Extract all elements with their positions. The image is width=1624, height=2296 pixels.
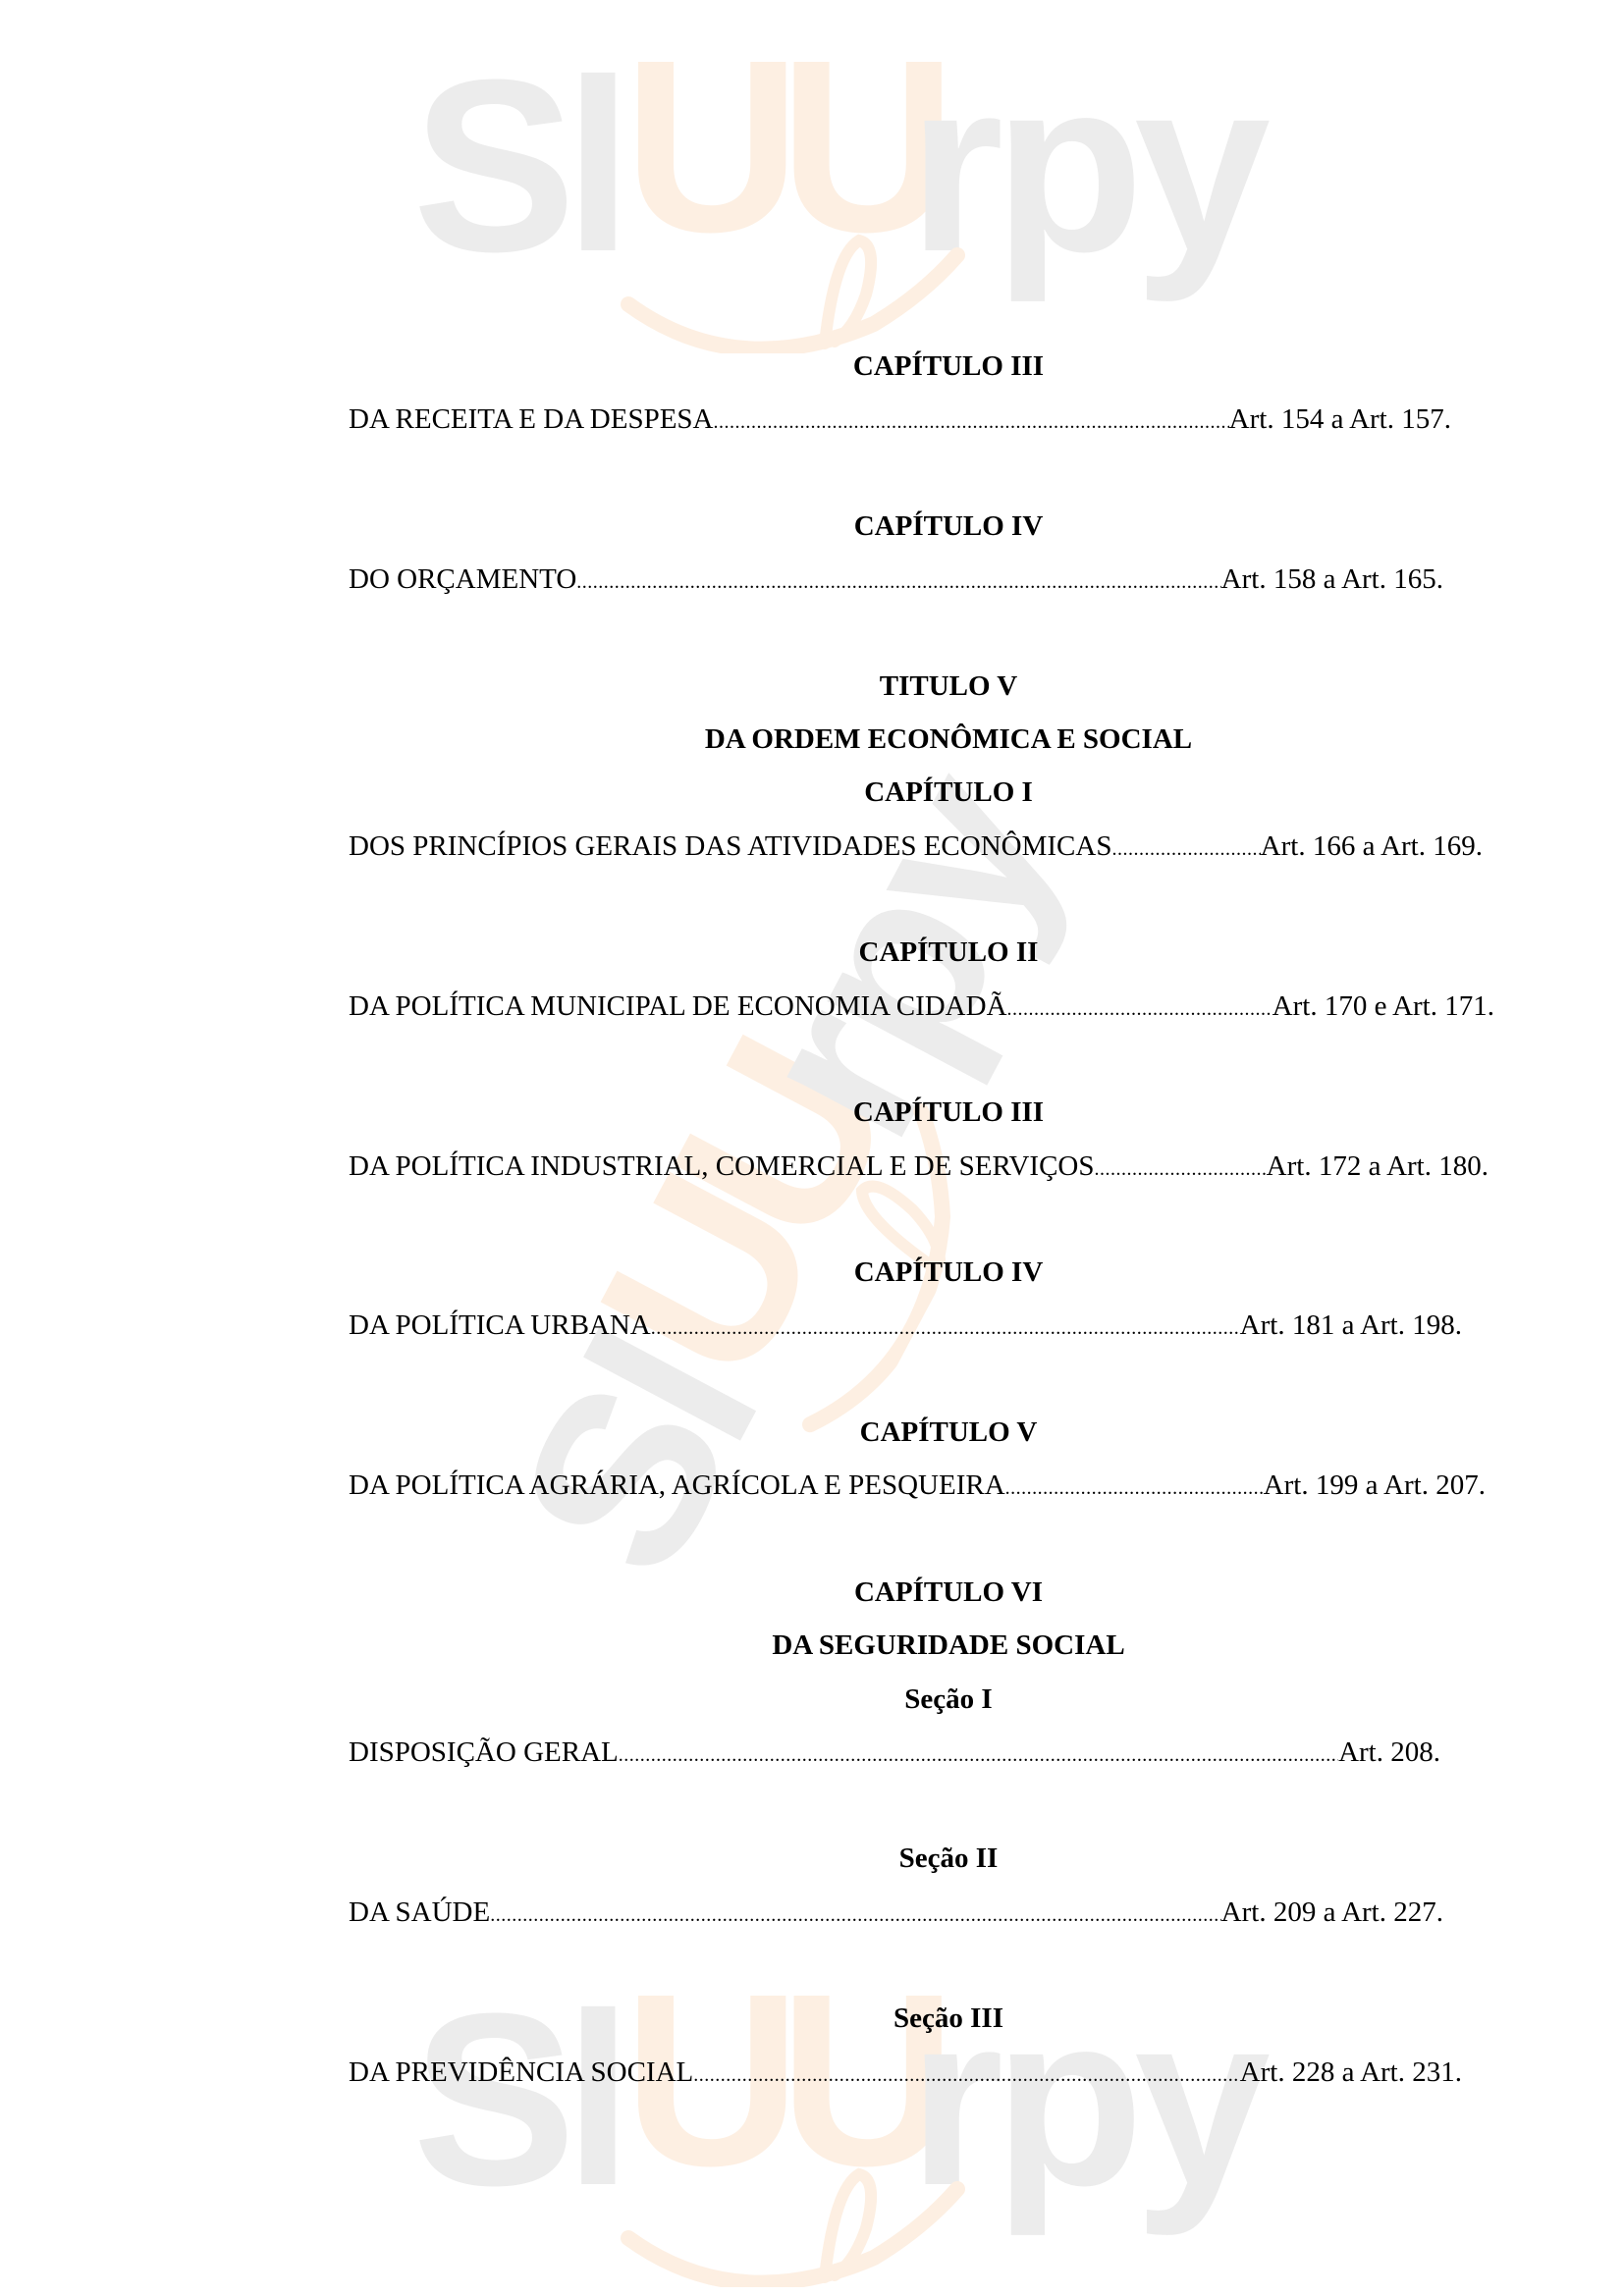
dot-leader [1111,823,1260,873]
toc-entry-title: DA PREVIDÊNCIA SOCIAL [349,2046,693,2099]
toc-entry-article-range: Art. 166 a Art. 169. [1261,820,1483,873]
dot-leader [1005,1462,1264,1512]
toc-entry: DA POLÍTICA INDUSTRIAL, COMERCIAL E DE S… [349,1140,1489,1193]
section-heading: DA SEGURIDADE SOCIAL [556,1619,1341,1672]
toc-entry-title: DISPOSIÇÃO GERAL [349,1726,619,1779]
section-heading: CAPÍTULO IV [556,500,1341,553]
svg-text:UU: UU [623,59,943,283]
section-heading: DA ORDEM ECONÔMICA E SOCIAL [556,713,1341,766]
toc-entry-title: DA POLÍTICA URBANA [349,1299,651,1352]
toc-entry-title: DA POLÍTICA AGRÁRIA, AGRÍCOLA E PESQUEIR… [349,1459,1005,1512]
section-heading: CAPÍTULO I [556,766,1341,819]
toc-entry: DA POLÍTICA URBANAArt. 181 a Art. 198. [349,1299,1462,1352]
section-heading: Seção III [556,1992,1341,2045]
toc-entry: DA POLÍTICA MUNICIPAL DE ECONOMIA CIDADÃ… [349,980,1494,1033]
svg-text:Sl: Sl [412,59,621,302]
dot-leader [651,1302,1240,1352]
dot-leader [1007,983,1272,1033]
toc-entry-title: DA POLÍTICA MUNICIPAL DE ECONOMIA CIDADÃ [349,980,1007,1033]
section-heading: CAPÍTULO III [556,1086,1341,1139]
toc-entry-article-range: Art. 154 a Art. 157. [1229,393,1451,446]
toc-entry-title: DA SAÚDE [349,1886,490,1939]
dot-leader [1094,1143,1266,1193]
toc-entry-title: DOS PRINCÍPIOS GERAIS DAS ATIVIDADES ECO… [349,820,1111,873]
section-heading: Seção I [556,1673,1341,1726]
toc-entry-article-range: Art. 208. [1338,1726,1440,1779]
dot-leader [619,1729,1338,1779]
toc-entry: DA RECEITA E DA DESPESAArt. 154 a Art. 1… [349,393,1451,446]
toc-entry-article-range: Art. 199 a Art. 207. [1264,1459,1486,1512]
dot-leader [714,396,1229,446]
section-heading: Seção II [556,1832,1341,1885]
svg-text:UU: UU [547,1009,939,1419]
toc-entry-article-range: Art. 228 a Art. 231. [1240,2046,1462,2099]
toc-entry: DA SAÚDEArt. 209 a Art. 227. [349,1886,1443,1939]
toc-entry: DA PREVIDÊNCIA SOCIALArt. 228 a Art. 231… [349,2046,1462,2099]
section-heading: CAPÍTULO III [556,340,1341,393]
toc-entry: DISPOSIÇÃO GERALArt. 208. [349,1726,1440,1779]
watermark-logo-top: Sl UU rpy [412,59,1276,353]
dot-leader [490,1889,1220,1939]
section-heading: CAPÍTULO VI [556,1566,1341,1619]
svg-text:rpy: rpy [908,59,1270,302]
toc-entry-title: DA RECEITA E DA DESPESA [349,393,714,446]
toc-entry-article-range: Art. 209 a Art. 227. [1221,1886,1443,1939]
toc-entry: DO ORÇAMENTOArt. 158 a Art. 165. [349,553,1443,606]
toc-entry: DOS PRINCÍPIOS GERAIS DAS ATIVIDADES ECO… [349,820,1483,873]
dot-leader [693,2049,1239,2099]
toc-entry-article-range: Art. 172 a Art. 180. [1267,1140,1489,1193]
section-heading: CAPÍTULO V [556,1406,1341,1459]
toc-entry-article-range: Art. 158 a Art. 165. [1221,553,1443,606]
section-heading: TITULO V [556,660,1341,713]
section-heading: CAPÍTULO II [556,926,1341,979]
toc-entry-title: DO ORÇAMENTO [349,553,576,606]
dot-leader [576,556,1220,606]
toc-entry: DA POLÍTICA AGRÁRIA, AGRÍCOLA E PESQUEIR… [349,1459,1486,1512]
toc-entry-article-range: Art. 170 e Art. 171. [1272,980,1494,1033]
toc-entry-title: DA POLÍTICA INDUSTRIAL, COMERCIAL E DE S… [349,1140,1094,1193]
toc-entry-article-range: Art. 181 a Art. 198. [1240,1299,1462,1352]
section-heading: CAPÍTULO IV [556,1246,1341,1299]
